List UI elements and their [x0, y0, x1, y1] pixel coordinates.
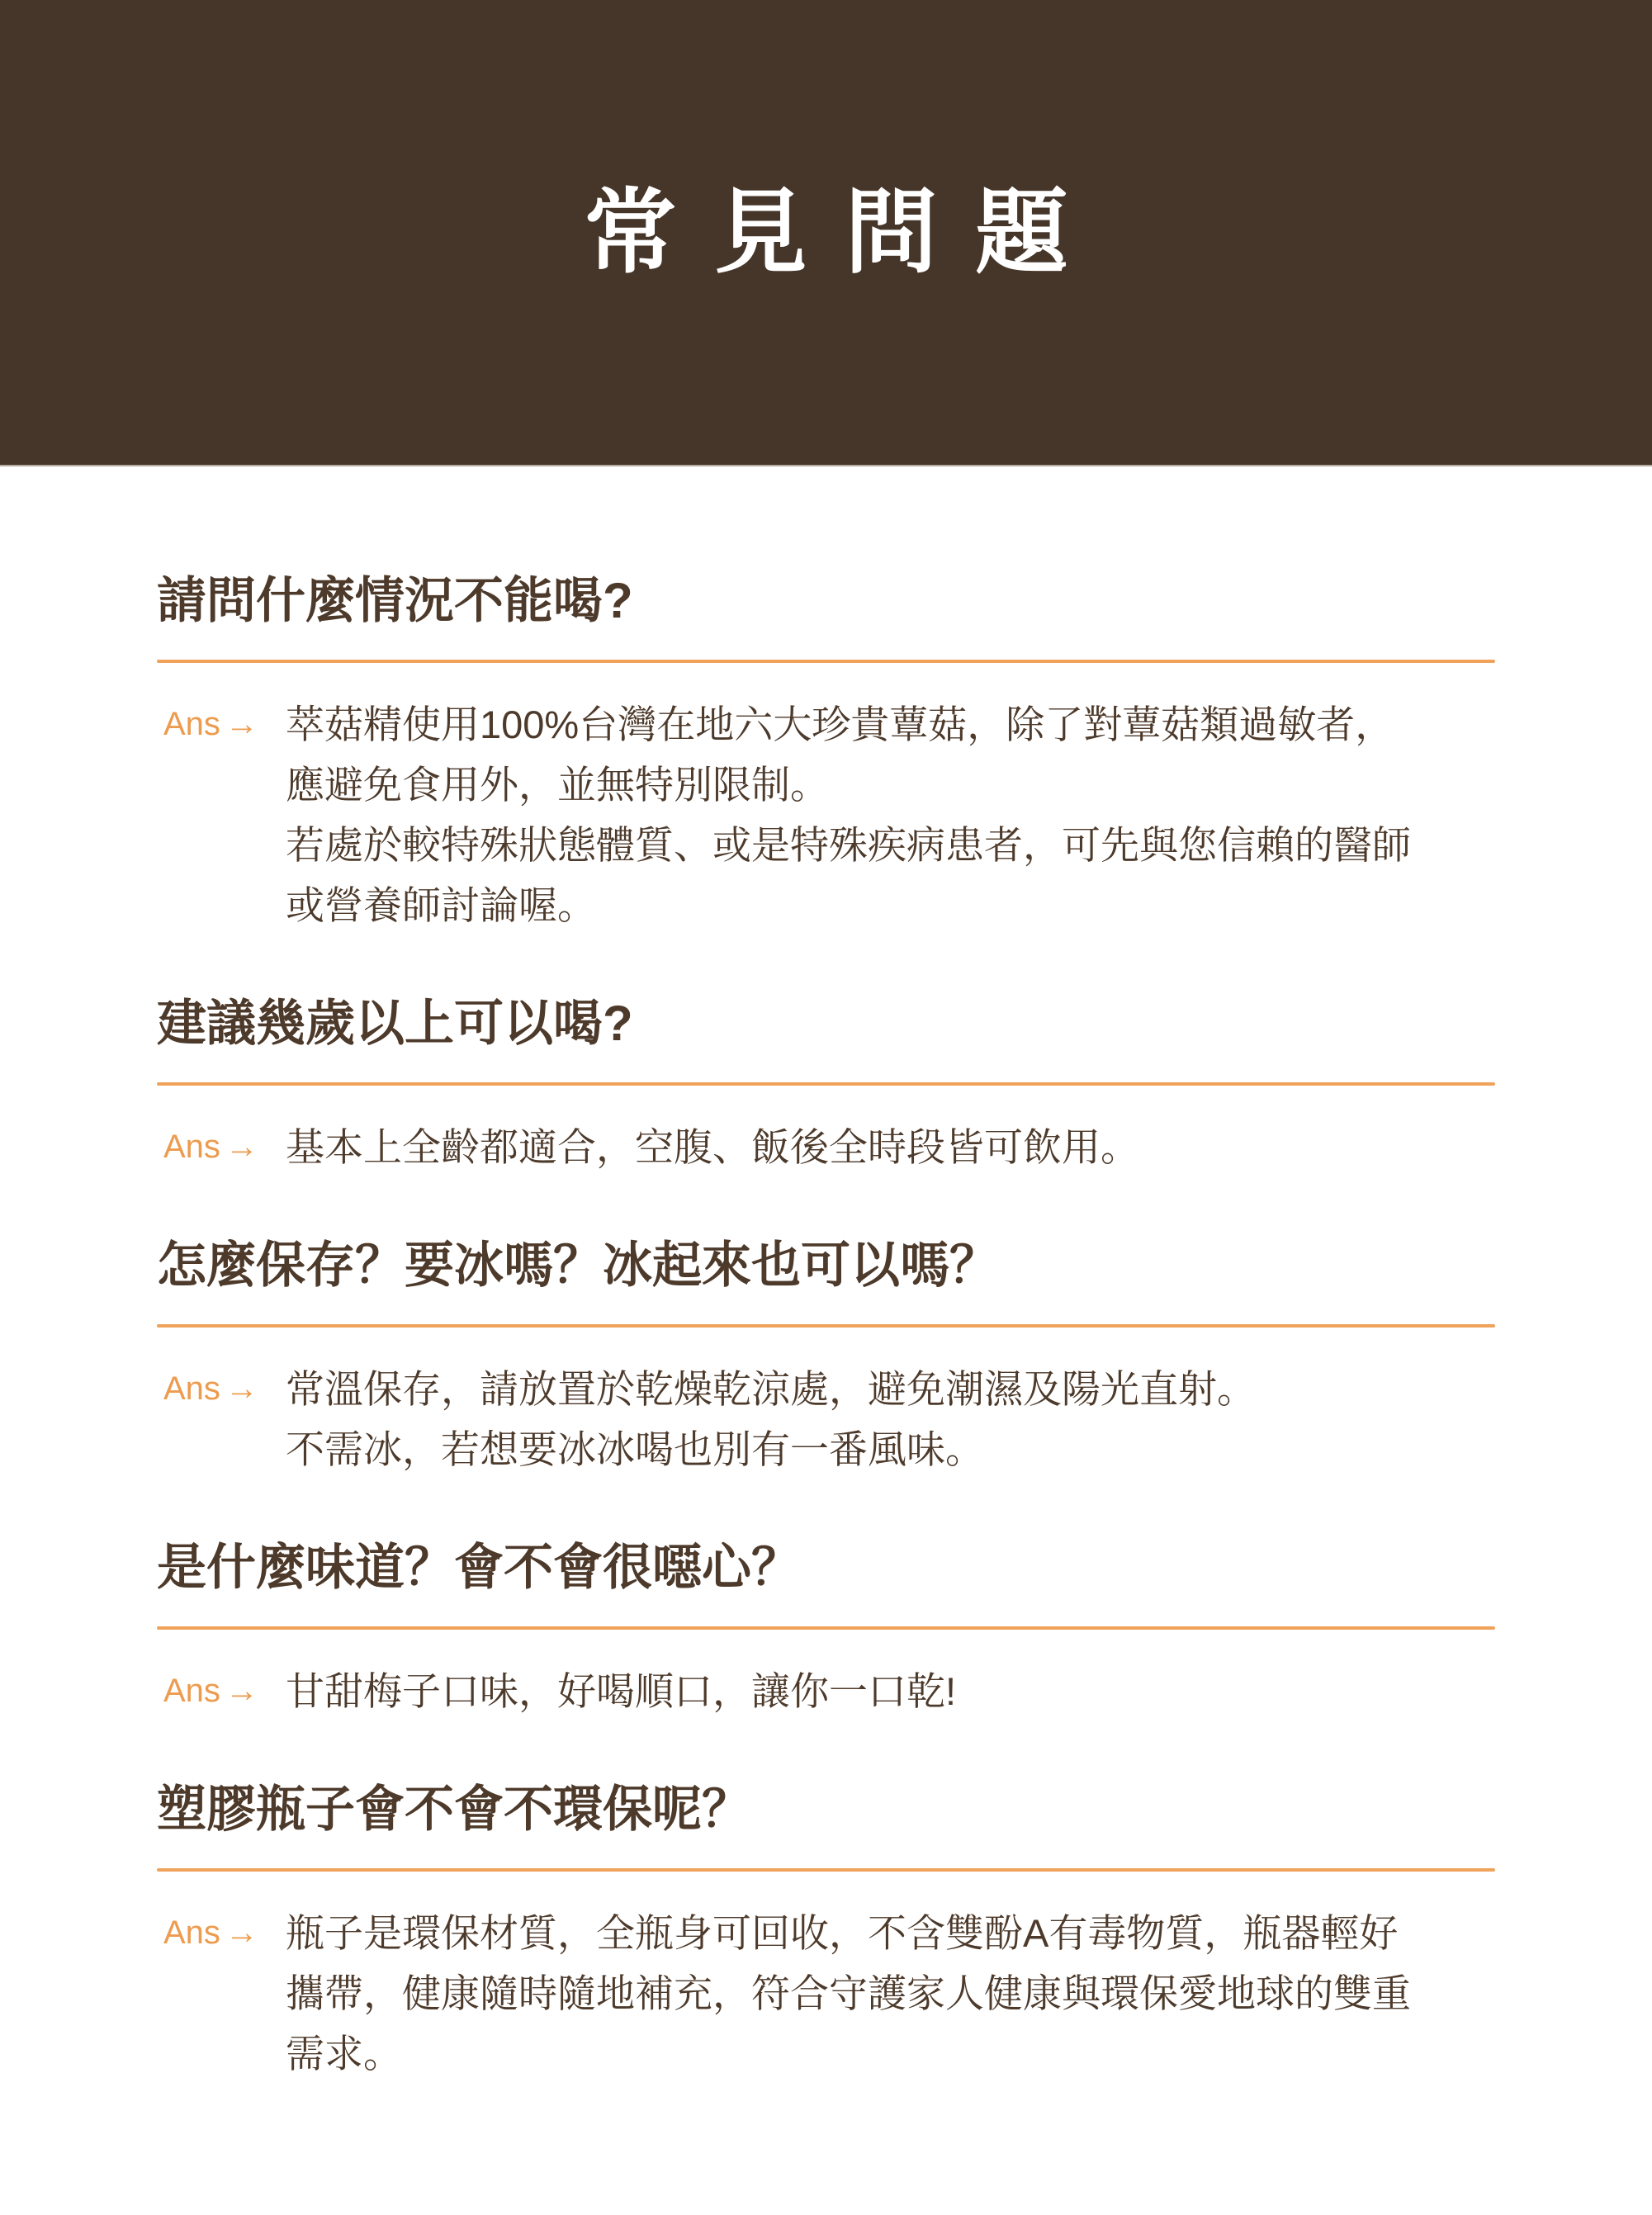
faq-answer: Ans→ 萃菇精使用100%台灣在地六大珍貴蕈菇，除了對蕈菇類過敏者， 應避免食… — [157, 694, 1495, 935]
answer-line: 或營養師討論喔。 — [286, 875, 1495, 935]
answer-label: Ans→ — [157, 1117, 286, 1177]
answer-label-text: Ans — [163, 706, 220, 742]
divider-line — [157, 1082, 1495, 1086]
answer-line: 不需冰，若想要冰冰喝也別有一番風味。 — [286, 1419, 1495, 1479]
answer-line: 萃菇精使用100%台灣在地六大珍貴蕈菇，除了對蕈菇類過敏者， — [286, 694, 1495, 755]
arrow-right-icon: → — [225, 1129, 258, 1165]
answer-label: Ans→ — [157, 1661, 286, 1721]
faq-question: 是什麼味道？會不會很噁心？ — [157, 1541, 1495, 1595]
answer-line: 需求。 — [286, 2023, 1495, 2084]
answer-label: Ans→ — [157, 694, 286, 755]
faq-item-1: 請問什麼情況不能喝? Ans→ 萃菇精使用100%台灣在地六大珍貴蕈菇，除了對蕈… — [157, 574, 1495, 935]
divider-line — [157, 660, 1495, 663]
faq-question: 建議幾歲以上可以喝? — [157, 996, 1495, 1051]
answer-text: 瓶子是環保材質，全瓶身可回收，不含雙酚A有毒物質，瓶器輕好 攜帶，健康隨時隨地補… — [286, 1903, 1495, 2084]
answer-label-text: Ans — [163, 1129, 220, 1165]
answer-label: Ans→ — [157, 1359, 286, 1419]
answer-text: 萃菇精使用100%台灣在地六大珍貴蕈菇，除了對蕈菇類過敏者， 應避免食用外，並無… — [286, 694, 1495, 935]
answer-line: 基本上全齡都適合，空腹、飯後全時段皆可飲用。 — [286, 1117, 1495, 1177]
faq-item-5: 塑膠瓶子會不會不環保呢？ Ans→ 瓶子是環保材質，全瓶身可回收，不含雙酚A有毒… — [157, 1782, 1495, 2084]
divider-line — [157, 1626, 1495, 1630]
answer-text: 甘甜梅子口味，好喝順口，讓你一口乾! — [286, 1661, 1495, 1721]
arrow-right-icon: → — [225, 1370, 258, 1407]
faq-item-3: 怎麼保存？要冰嗎？冰起來也可以嗎？ Ans→ 常溫保存，請放置於乾燥乾涼處，避免… — [157, 1238, 1495, 1479]
answer-line: 甘甜梅子口味，好喝順口，讓你一口乾! — [286, 1661, 1495, 1721]
faq-content: 請問什麼情況不能喝? Ans→ 萃菇精使用100%台灣在地六大珍貴蕈菇，除了對蕈… — [0, 466, 1652, 2084]
arrow-right-icon: → — [225, 1914, 258, 1951]
arrow-right-icon: → — [225, 706, 258, 742]
answer-line: 應避免食用外，並無特別限制。 — [286, 755, 1495, 815]
faq-answer: Ans→ 基本上全齡都適合，空腹、飯後全時段皆可飲用。 — [157, 1117, 1495, 1177]
answer-line: 常溫保存，請放置於乾燥乾涼處，避免潮濕及陽光直射。 — [286, 1359, 1495, 1419]
page-title: 常見問題 — [547, 182, 1106, 283]
faq-question: 怎麼保存？要冰嗎？冰起來也可以嗎？ — [157, 1238, 1495, 1293]
faq-item-4: 是什麼味道？會不會很噁心？ Ans→ 甘甜梅子口味，好喝順口，讓你一口乾! — [157, 1541, 1495, 1721]
answer-text: 基本上全齡都適合，空腹、飯後全時段皆可飲用。 — [286, 1117, 1495, 1177]
header-banner: 常見問題 — [0, 0, 1652, 466]
divider-line — [157, 1324, 1495, 1328]
answer-line: 瓶子是環保材質，全瓶身可回收，不含雙酚A有毒物質，瓶器輕好 — [286, 1903, 1495, 1963]
answer-label-text: Ans — [163, 1914, 220, 1951]
arrow-right-icon: → — [225, 1673, 258, 1709]
answer-label: Ans→ — [157, 1903, 286, 1963]
answer-label-text: Ans — [163, 1370, 220, 1407]
faq-answer: Ans→ 瓶子是環保材質，全瓶身可回收，不含雙酚A有毒物質，瓶器輕好 攜帶，健康… — [157, 1903, 1495, 2084]
answer-label-text: Ans — [163, 1673, 220, 1709]
faq-item-2: 建議幾歲以上可以喝? Ans→ 基本上全齡都適合，空腹、飯後全時段皆可飲用。 — [157, 996, 1495, 1177]
answer-text: 常溫保存，請放置於乾燥乾涼處，避免潮濕及陽光直射。 不需冰，若想要冰冰喝也別有一… — [286, 1359, 1495, 1479]
answer-line: 攜帶，健康隨時隨地補充，符合守護家人健康與環保愛地球的雙重 — [286, 1963, 1495, 2023]
faq-question: 塑膠瓶子會不會不環保呢？ — [157, 1782, 1495, 1837]
faq-answer: Ans→ 甘甜梅子口味，好喝順口，讓你一口乾! — [157, 1661, 1495, 1721]
faq-question: 請問什麼情況不能喝? — [157, 574, 1495, 628]
answer-line: 若處於較特殊狀態體質、或是特殊疾病患者，可先與您信賴的醫師 — [286, 815, 1495, 875]
faq-answer: Ans→ 常溫保存，請放置於乾燥乾涼處，避免潮濕及陽光直射。 不需冰，若想要冰冰… — [157, 1359, 1495, 1479]
divider-line — [157, 1868, 1495, 1872]
faq-page: 常見問題 請問什麼情況不能喝? Ans→ 萃菇精使用100%台灣在地六大珍貴蕈菇… — [0, 0, 1652, 2215]
